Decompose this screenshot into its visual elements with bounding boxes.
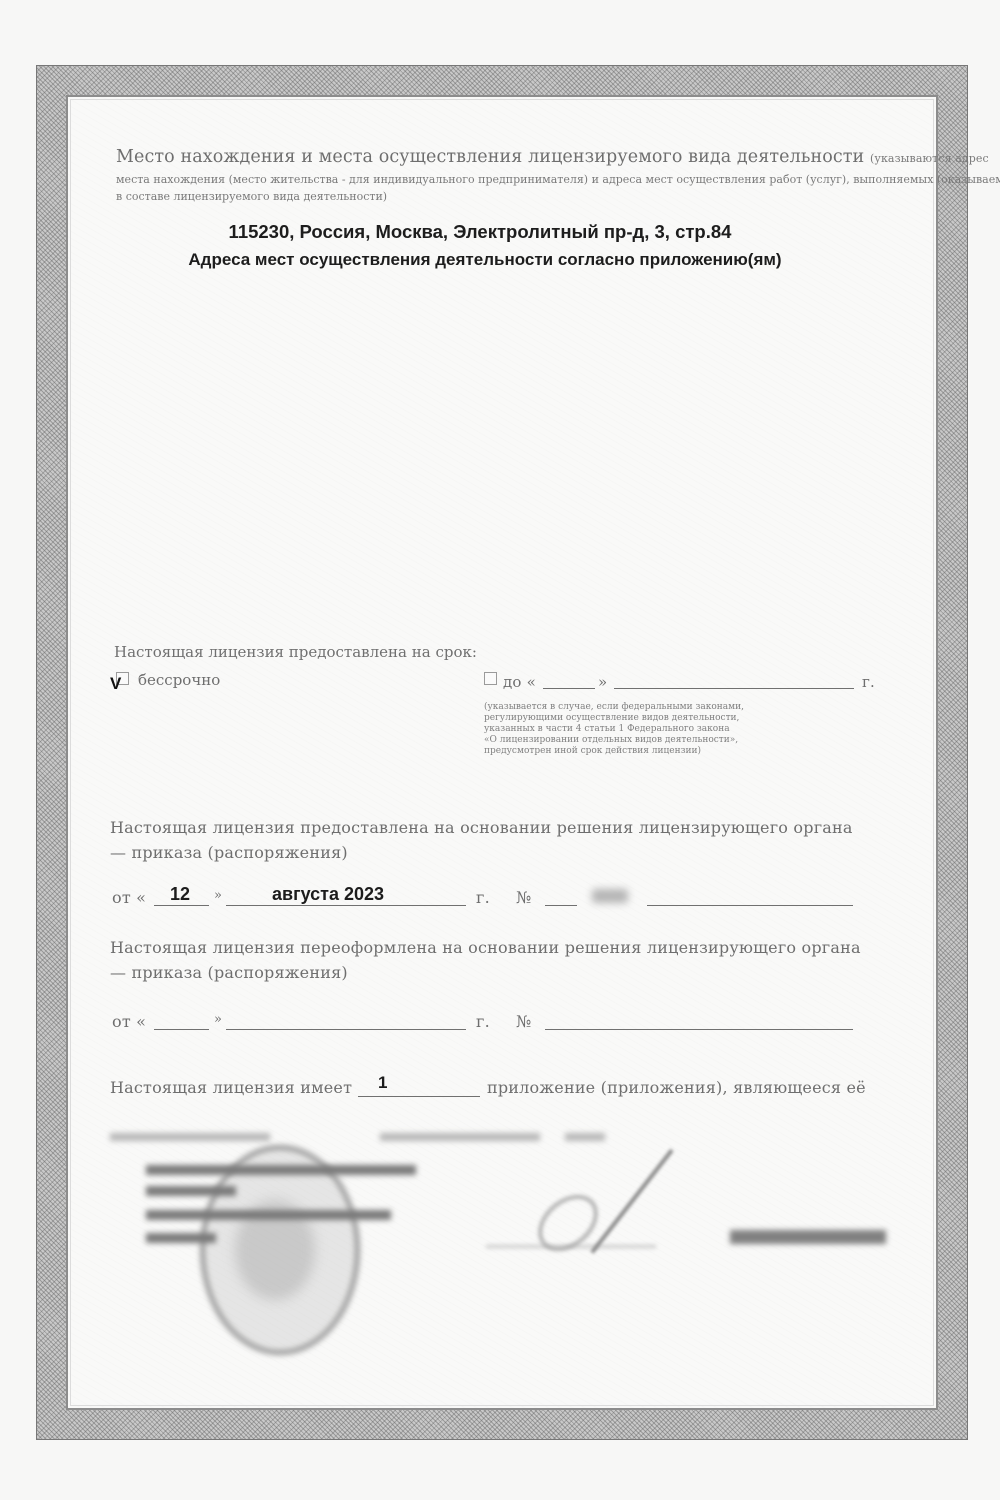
location-note-1: (указываются адрес <box>870 152 989 165</box>
redacted-text <box>110 1133 270 1141</box>
until-label: до « <box>503 673 536 691</box>
appendix-count-field[interactable] <box>358 1096 480 1097</box>
reissue-year-suffix: г. <box>476 1012 490 1031</box>
redacted-position-title <box>146 1165 416 1175</box>
appendix-prefix: Настоящая лицензия имеет <box>110 1078 352 1097</box>
grant-year-suffix: г. <box>476 888 490 907</box>
reissue-from-label: от « <box>112 1012 146 1031</box>
reissue-basis-line2: — приказа (распоряжения) <box>110 963 348 982</box>
until-checkbox[interactable] <box>484 672 497 685</box>
appendix-count-value: 1 <box>378 1073 387 1093</box>
until-day-field[interactable] <box>543 688 595 689</box>
term-note-line: регулирующими осуществление видов деятел… <box>484 713 739 724</box>
term-note-line: предусмотрен иной срок действия лицензии… <box>484 746 701 757</box>
term-note-line: указанных в части 4 статьи 1 Федеральног… <box>484 724 730 735</box>
reissue-day-field[interactable] <box>154 1029 209 1030</box>
reissue-basis-line1: Настоящая лицензия переоформлена на осно… <box>110 938 861 957</box>
appendix-suffix: приложение (приложения), являющееся её <box>487 1078 866 1097</box>
grant-from-label: от « <box>112 888 146 907</box>
location-heading-text: Место нахождения и места осуществления л… <box>116 147 864 167</box>
until-year-suffix: г. <box>862 673 875 691</box>
grant-basis-line2: — приказа (распоряжения) <box>110 843 348 862</box>
reissue-number-label: № <box>516 1012 531 1031</box>
activity-addresses-line: Адреса мест осуществления деятельности с… <box>0 250 970 270</box>
grant-basis-line1: Настоящая лицензия предоставлена на осно… <box>110 818 853 837</box>
grant-month-year-value: августа 2023 <box>272 884 384 905</box>
redacted-position-title <box>146 1210 391 1220</box>
grant-day-value: 12 <box>170 884 190 905</box>
term-note-line: (указывается в случае, если федеральными… <box>484 702 744 713</box>
reissue-close-quote: » <box>214 1012 222 1027</box>
grant-number-field-tail <box>647 905 853 906</box>
grant-day-field[interactable] <box>154 905 209 906</box>
term-note-line: «О лицензировании отдельных видов деятел… <box>484 735 738 746</box>
reissue-number-field[interactable] <box>545 1029 853 1030</box>
redacted-signer-name <box>730 1230 886 1244</box>
term-label: Настоящая лицензия предоставлена на срок… <box>114 643 477 661</box>
reissue-date-field[interactable] <box>226 1029 466 1030</box>
redacted-position-title <box>146 1186 236 1196</box>
redacted-number <box>592 889 628 903</box>
redacted-position-title <box>146 1233 216 1243</box>
permanent-label: бессрочно <box>138 671 220 689</box>
location-note-3: в составе лицензируемого вида деятельнос… <box>116 190 387 203</box>
location-heading: Место нахождения и места осуществления л… <box>116 147 989 167</box>
grant-date-field[interactable] <box>226 905 466 906</box>
check-mark-icon: V <box>110 674 121 694</box>
redacted-text <box>380 1133 540 1141</box>
until-close-quote: » <box>598 673 607 691</box>
location-note-2: места нахождения (место жительства - для… <box>116 173 1000 186</box>
grant-number-label: № <box>516 888 531 907</box>
grant-number-field[interactable] <box>545 905 577 906</box>
until-date-field[interactable] <box>614 688 854 689</box>
address-line: 115230, Россия, Москва, Электролитный пр… <box>0 221 960 243</box>
redacted-text <box>565 1133 605 1141</box>
grant-close-quote: » <box>214 888 222 903</box>
